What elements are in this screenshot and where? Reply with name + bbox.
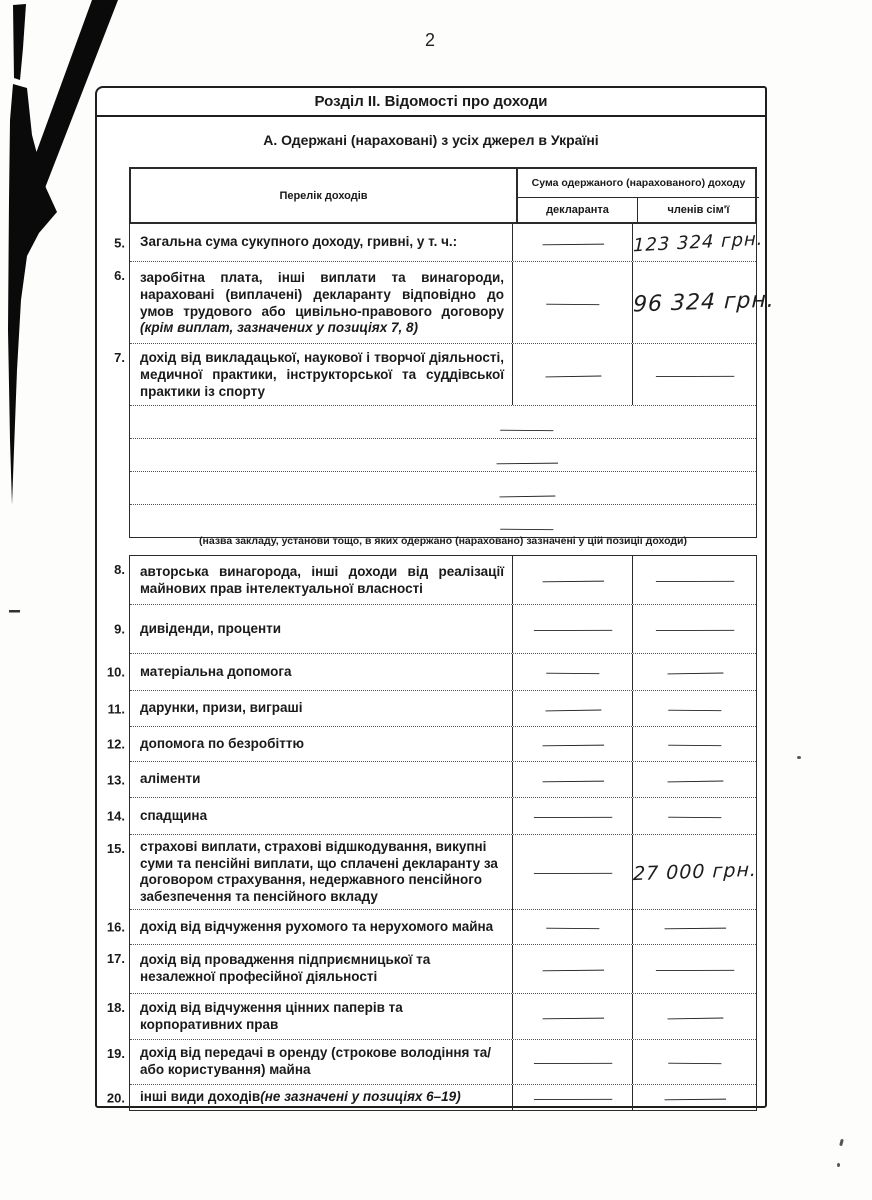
row-number: 10.	[99, 665, 125, 680]
income-label-text: Загальна сума сукупного доходу, гривні, …	[140, 234, 457, 251]
page-number: 2	[400, 30, 460, 51]
handwritten-dash: —	[540, 737, 605, 752]
handwritten-dash: —	[662, 1090, 727, 1105]
income-label-text: страхові виплати, страхові відшкодування…	[140, 839, 504, 906]
handwritten-dash: —	[499, 422, 554, 436]
declarant-amount-cell: —	[513, 1040, 633, 1084]
handwritten-dash: —	[667, 809, 722, 823]
declarant-amount-cell: —	[513, 727, 633, 761]
income-label-text: дохід від передачі в оренду (строкове во…	[140, 1045, 504, 1078]
row-number: 16.	[99, 920, 125, 935]
income-label-text: дивіденди, проценти	[140, 621, 281, 638]
table-row-17: 17. дохід від провадження підприємницько…	[130, 944, 756, 993]
table-header: Перелік доходів Сума одержаного (нарахов…	[129, 167, 757, 224]
handwritten-dash: —	[667, 1055, 722, 1069]
handwritten-dash: —	[533, 1090, 613, 1104]
handwritten-dash: —	[533, 865, 613, 879]
income-label-italic: (крім виплат, зазначених у позиціях 7, 8…	[140, 320, 418, 335]
handwritten-dash: —	[495, 455, 560, 470]
handwritten-dash: —	[655, 622, 735, 636]
table-row-18: 18. дохід від відчуження цінних паперів …	[130, 993, 756, 1039]
header-sum-title: Сума одержаного (нарахованого) доходу	[518, 169, 759, 198]
income-label-text: дохід від відчуження рухомого та нерухом…	[140, 919, 493, 936]
scan-speckle	[839, 1139, 844, 1147]
row-number: 15.	[99, 841, 125, 856]
section-title: Розділ II. Відомості про доходи	[97, 88, 765, 117]
table-row-16: 16. дохід від відчуження рухомого та нер…	[130, 909, 756, 944]
declarant-amount-cell: —	[513, 654, 633, 690]
table-row-6: 6. заробітна плата, інші виплати та вина…	[130, 261, 756, 343]
family-amount-cell: —	[633, 691, 756, 726]
declarant-amount-cell: —	[513, 605, 633, 653]
row-number: 20.	[99, 1090, 125, 1105]
handwritten-dash: —	[533, 622, 613, 636]
family-amount-cell: —	[633, 1085, 756, 1110]
handwritten-amount: 27 000 грн.	[633, 859, 758, 885]
declarant-amount-cell: —	[513, 798, 633, 834]
scan-ink-artifact	[0, 0, 130, 640]
handwritten-dash: —	[665, 772, 725, 787]
source-row: —	[130, 471, 756, 504]
table-row-7: 7. дохід від викладацької, наукової і тв…	[130, 343, 756, 405]
row-number: 14.	[99, 809, 125, 824]
family-amount-cell: —	[633, 654, 756, 690]
family-amount-cell: —	[633, 798, 756, 834]
scan-speckle	[837, 1163, 840, 1167]
declaration-form-box: Розділ II. Відомості про доходи А. Одерж…	[95, 86, 767, 1108]
handwritten-dash: —	[540, 235, 605, 250]
income-label: допомога по безробіттю	[130, 727, 513, 761]
handwritten-dash: —	[543, 367, 603, 382]
declarant-amount-cell: —	[513, 945, 633, 993]
family-amount-cell: —	[633, 605, 756, 653]
declarant-amount-cell: —	[513, 691, 633, 726]
income-label: аліменти	[130, 762, 513, 797]
income-label-text: авторська винагорода, інші доходи від ре…	[140, 564, 504, 596]
table-row-8: 8. авторська винагорода, інші доходи від…	[130, 556, 756, 604]
handwritten-dash: —	[655, 573, 735, 587]
income-label: спадщина	[130, 798, 513, 834]
family-amount-cell: —	[633, 556, 756, 604]
declarant-amount-cell: —	[513, 262, 633, 343]
table-row-15: 15. страхові виплати, страхові відшкодув…	[130, 834, 756, 909]
income-label-text: матеріальна допомога	[140, 664, 291, 681]
table-row-20: 20. інші види доходів (не зазначені у по…	[130, 1084, 756, 1110]
income-label-text: інші види доходів	[140, 1089, 260, 1106]
family-amount-cell: —	[633, 1040, 756, 1084]
declarant-amount-cell: —	[513, 224, 633, 261]
family-amount-cell: —	[633, 945, 756, 993]
handwritten-dash: —	[667, 737, 722, 751]
declarant-amount-cell: —	[513, 556, 633, 604]
source-row: —	[130, 504, 756, 537]
row-number: 19.	[99, 1046, 125, 1061]
handwritten-dash: —	[655, 367, 735, 381]
handwritten-dash: —	[545, 920, 600, 934]
source-row: —	[130, 405, 756, 438]
family-amount-cell: —	[633, 994, 756, 1039]
income-label: дохід від відчуження цінних паперів та к…	[130, 994, 513, 1039]
row-number: 17.	[99, 951, 125, 966]
income-label: Загальна сума сукупного доходу, гривні, …	[130, 224, 513, 261]
income-label-text: заробітна плата, інші виплати та винагор…	[140, 270, 504, 318]
table-row-10: 10. матеріальна допомога — —	[130, 653, 756, 690]
income-label: інші види доходів (не зазначені у позиці…	[130, 1085, 513, 1110]
family-amount-cell: 123 324 грн.	[633, 224, 764, 261]
handwritten-dash: —	[665, 665, 725, 680]
income-label-italic: (не зазначені у позиціях 6–19)	[260, 1089, 460, 1106]
income-label: дохід від відчуження рухомого та нерухом…	[130, 910, 513, 944]
table-row-12: 12. допомога по безробіттю — —	[130, 726, 756, 761]
declarant-amount-cell: —	[513, 762, 633, 797]
income-label-text: дохід від відчуження цінних паперів та к…	[140, 1000, 504, 1033]
income-label: дохід від провадження підприємницької та…	[130, 945, 513, 993]
income-label-text: спадщина	[140, 808, 207, 825]
table-row-9: 9. дивіденди, проценти — —	[130, 604, 756, 653]
income-label: дохід від викладацької, наукової і творч…	[130, 344, 513, 405]
family-amount-cell: 27 000 грн.	[633, 835, 757, 910]
subsection-letter: А	[263, 132, 273, 148]
income-label: матеріальна допомога	[130, 654, 513, 690]
declarant-amount-cell: —	[513, 994, 633, 1039]
table-body-bottom: 8. авторська винагорода, інші доходи від…	[129, 555, 757, 1111]
row-number: 11.	[99, 701, 125, 716]
table-row-14: 14. спадщина — —	[130, 797, 756, 834]
income-label-text: дарунки, призи, виграші	[140, 700, 303, 717]
handwritten-dash: —	[540, 962, 605, 977]
handwritten-dash: —	[533, 1055, 613, 1069]
family-amount-cell: 96 324 грн.	[633, 262, 775, 343]
scan-speckle	[797, 756, 801, 759]
handwritten-dash: —	[533, 809, 613, 823]
income-label: дарунки, призи, виграші	[130, 691, 513, 726]
handwritten-dash: —	[540, 772, 605, 787]
income-label-text: дохід від викладацької, наукової і творч…	[140, 350, 504, 398]
income-table-bottom: 8. авторська винагорода, інші доходи від…	[129, 555, 757, 1111]
handwritten-dash: —	[497, 488, 557, 503]
handwritten-dash: —	[667, 701, 722, 715]
income-label: заробітна плата, інші виплати та винагор…	[130, 262, 513, 343]
row-number: 18.	[99, 1000, 125, 1015]
handwritten-dash: —	[545, 665, 600, 679]
subsection-title: А. Одержані (нараховані) з усіх джерел в…	[97, 132, 765, 148]
table-row-19: 19. дохід від передачі в оренду (строков…	[130, 1039, 756, 1084]
subsection-text: . Одержані (нараховані) з усіх джерел в …	[273, 132, 598, 148]
handwritten-dash: —	[499, 521, 554, 535]
income-label: страхові виплати, страхові відшкодування…	[130, 835, 513, 910]
income-label-text: аліменти	[140, 771, 200, 788]
income-label-text: допомога по безробіттю	[140, 736, 304, 753]
table-row-5: 5. Загальна сума сукупного доходу, гривн…	[130, 224, 756, 261]
source-caption: (назва закладу, установи тощо, в яких од…	[129, 535, 757, 547]
income-label: дохід від передачі в оренду (строкове во…	[130, 1040, 513, 1084]
table-body-top: 5. Загальна сума сукупного доходу, гривн…	[129, 224, 757, 538]
handwritten-dash: —	[540, 1009, 605, 1024]
header-family: членів сім'ї	[638, 198, 759, 222]
family-amount-cell: —	[633, 344, 756, 405]
scanned-declaration-page: 2 Розділ II. Відомості про доходи А. Оде…	[0, 0, 872, 1200]
income-label: дивіденди, проценти	[130, 605, 513, 653]
handwritten-amount: 96 324 грн.	[633, 288, 776, 318]
handwritten-dash: —	[545, 295, 600, 309]
income-table-top: Перелік доходів Сума одержаного (нарахов…	[129, 167, 757, 538]
table-row-11: 11. дарунки, призи, виграші — —	[130, 690, 756, 726]
family-amount-cell: —	[633, 727, 756, 761]
header-sum-group: Сума одержаного (нарахованого) доходу де…	[516, 169, 759, 222]
declarant-amount-cell: —	[513, 1085, 633, 1110]
handwritten-dash: —	[662, 920, 727, 935]
declarant-amount-cell: —	[513, 835, 633, 910]
income-label-text: дохід від провадження підприємницької та…	[140, 952, 504, 985]
row-number: 13.	[99, 772, 125, 787]
declarant-amount-cell: —	[513, 910, 633, 944]
row-number: 12.	[99, 737, 125, 752]
income-label: авторська винагорода, інші доходи від ре…	[130, 556, 513, 604]
family-amount-cell: —	[633, 762, 756, 797]
header-declarant: декларанта	[518, 198, 638, 222]
source-row: —	[130, 438, 756, 471]
family-amount-cell: —	[633, 910, 756, 944]
handwritten-dash: —	[543, 701, 603, 716]
table-row-13: 13. аліменти — —	[130, 761, 756, 797]
handwritten-dash: —	[655, 962, 735, 976]
handwritten-dash: —	[540, 573, 605, 588]
declarant-amount-cell: —	[513, 344, 633, 405]
handwritten-amount: 123 324 грн.	[633, 229, 764, 257]
handwritten-dash: —	[665, 1009, 725, 1024]
header-income-list: Перелік доходів	[131, 169, 516, 222]
header-subcolumns: декларанта членів сім'ї	[518, 198, 759, 222]
